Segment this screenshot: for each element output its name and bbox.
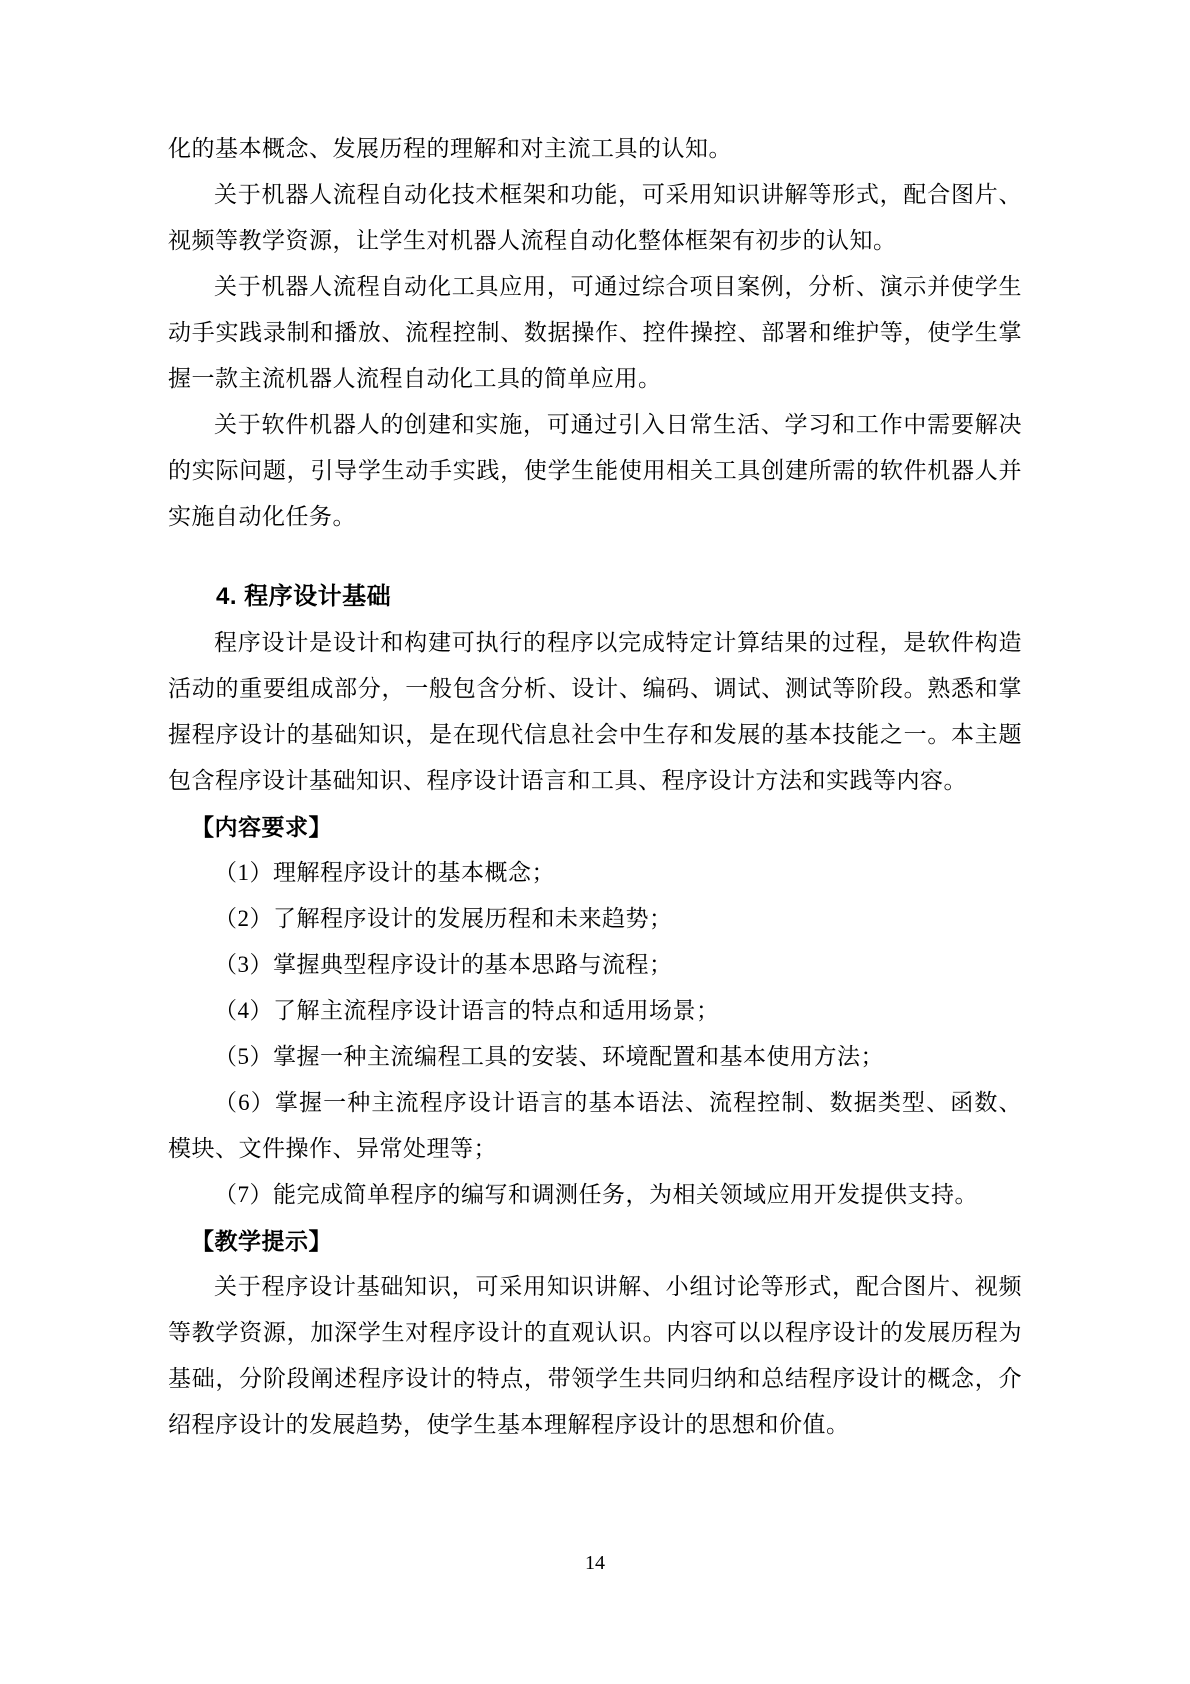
requirement-item-5: （5）掌握一种主流编程工具的安装、环境配置和基本使用方法； (168, 1034, 1022, 1080)
section-heading-program-design: 4. 程序设计基础 (168, 574, 1022, 620)
document-page: 化的基本概念、发展历程的理解和对主流工具的认知。 关于机器人流程自动化技术框架和… (0, 0, 1190, 1684)
paragraph-rpa-tool-application: 关于机器人流程自动化工具应用，可通过综合项目案例，分析、演示并使学生动手实践录制… (168, 264, 1022, 402)
requirement-item-1: （1）理解程序设计的基本概念； (168, 850, 1022, 896)
requirement-item-2: （2）了解程序设计的发展历程和未来趋势； (168, 896, 1022, 942)
requirement-item-6: （6）掌握一种主流程序设计语言的基本语法、流程控制、数据类型、函数、模块、文件操… (168, 1080, 1022, 1172)
content-requirements-heading: 【内容要求】 (168, 804, 1022, 850)
paragraph-software-robot: 关于软件机器人的创建和实施，可通过引入日常生活、学习和工作中需要解决的实际问题，… (168, 402, 1022, 540)
requirement-item-4: （4）了解主流程序设计语言的特点和适用场景； (168, 988, 1022, 1034)
teaching-tips-heading: 【教学提示】 (168, 1218, 1022, 1264)
page-number: 14 (0, 1548, 1190, 1578)
page-content: 化的基本概念、发展历程的理解和对主流工具的认知。 关于机器人流程自动化技术框架和… (168, 126, 1022, 1448)
requirement-item-3: （3）掌握典型程序设计的基本思路与流程； (168, 942, 1022, 988)
paragraph-teaching-tips: 关于程序设计基础知识，可采用知识讲解、小组讨论等形式，配合图片、视频等教学资源，… (168, 1264, 1022, 1448)
paragraph-rpa-framework: 关于机器人流程自动化技术框架和功能，可采用知识讲解等形式，配合图片、视频等教学资… (168, 172, 1022, 264)
paragraph-section4-intro: 程序设计是设计和构建可执行的程序以完成特定计算结果的过程，是软件构造活动的重要组… (168, 620, 1022, 804)
paragraph-continuation: 化的基本概念、发展历程的理解和对主流工具的认知。 (168, 126, 1022, 172)
requirement-item-7: （7）能完成简单程序的编写和调测任务，为相关领域应用开发提供支持。 (168, 1172, 1022, 1218)
